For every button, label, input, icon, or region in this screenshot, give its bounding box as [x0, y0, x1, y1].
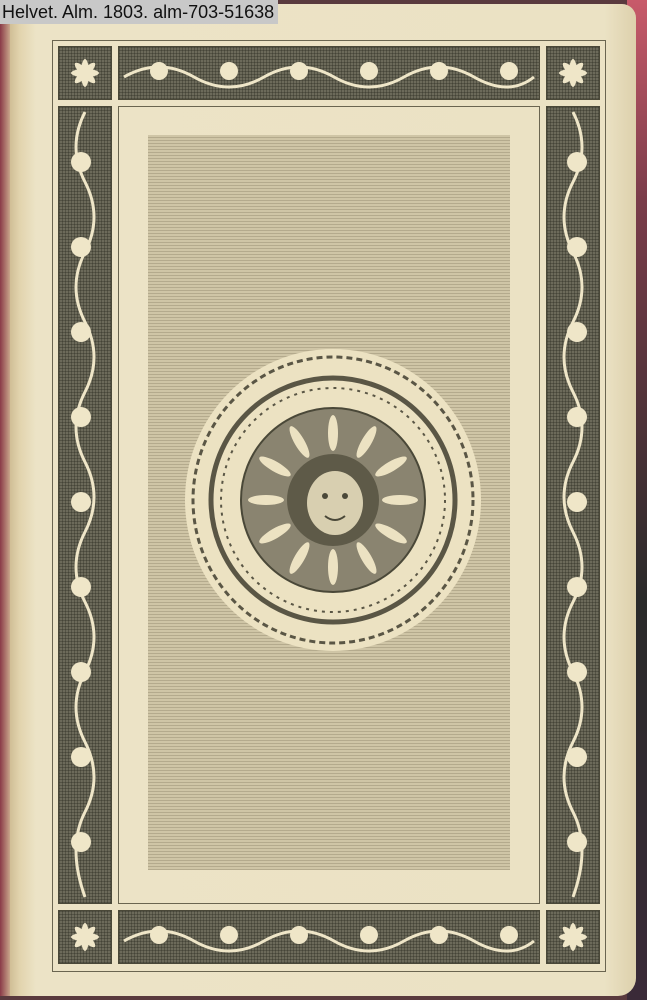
vine-ornament-icon [59, 107, 111, 903]
corner-rosette-bottom-right [546, 910, 600, 964]
sun-medallion-icon [183, 348, 483, 653]
right-vine-border [546, 106, 600, 904]
corner-rosette-top-left [58, 46, 112, 100]
image-caption: Helvet. Alm. 1803. alm-703-51638 [0, 0, 278, 24]
rosette-icon [65, 53, 105, 93]
vine-ornament-icon [119, 911, 539, 963]
rosette-icon [65, 917, 105, 957]
rosette-icon [553, 917, 593, 957]
corner-rosette-top-right [546, 46, 600, 100]
bottom-vine-border [118, 910, 540, 964]
vine-ornament-icon [119, 47, 539, 99]
corner-rosette-bottom-left [58, 910, 112, 964]
spine-edge [0, 4, 10, 996]
vine-ornament-icon [547, 107, 599, 903]
rosette-icon [553, 53, 593, 93]
top-vine-border [118, 46, 540, 100]
left-vine-border [58, 106, 112, 904]
sun-face-medallion [183, 348, 483, 653]
